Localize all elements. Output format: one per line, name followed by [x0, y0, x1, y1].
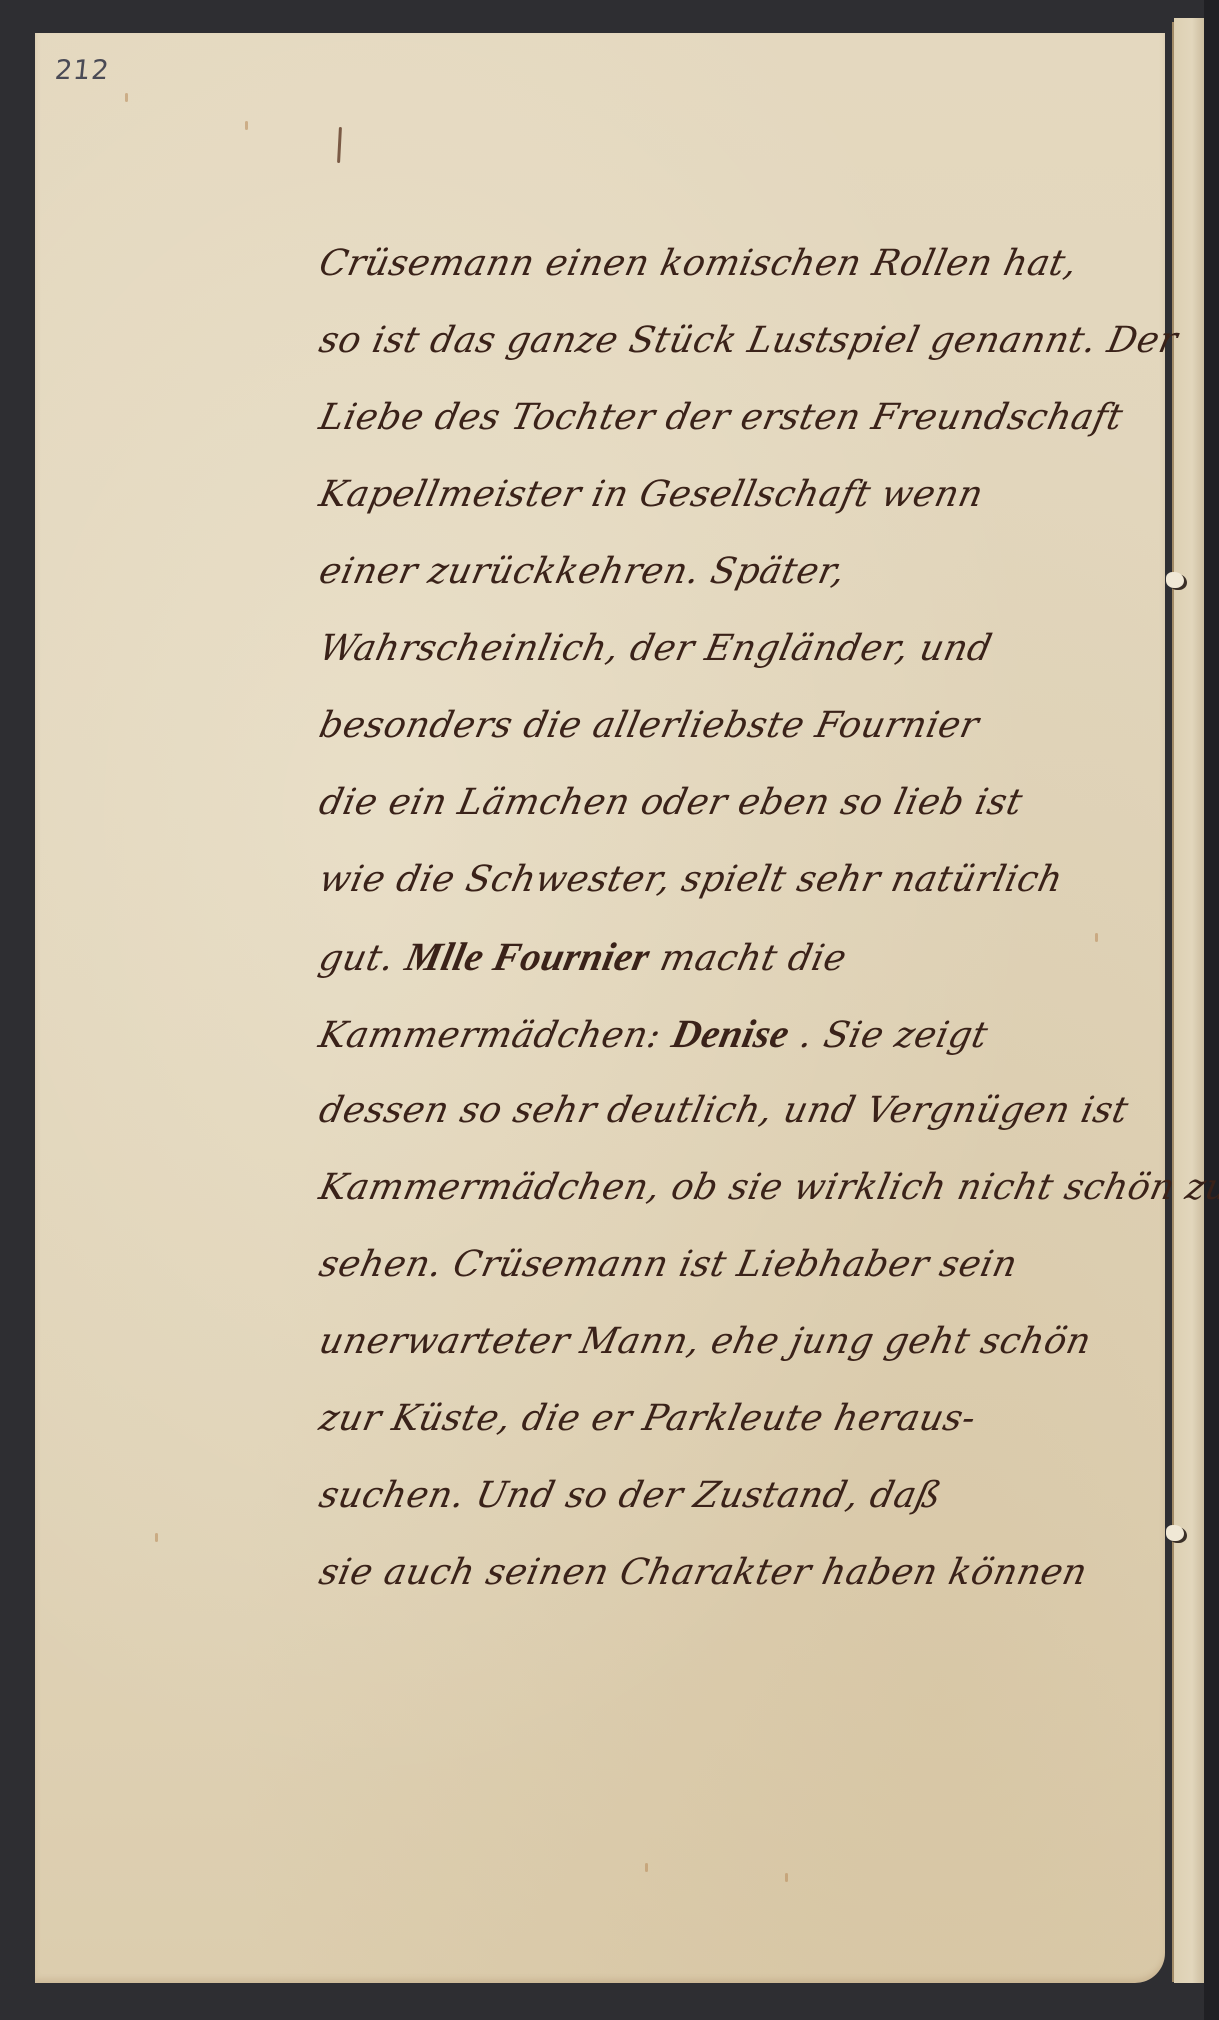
manuscript-scan: 212 Crüsemann einen komischen Rollen hat… — [0, 0, 1219, 2020]
text-fragment: . Sie zeigt — [796, 1015, 991, 1056]
text-line: Kammermädchen: Denise . Sie zeigt — [312, 995, 1148, 1072]
paper-speck — [155, 1533, 158, 1542]
text-line: sehen. Crüsemann ist Liebhaber sein — [312, 1226, 1148, 1303]
paper-speck — [645, 1863, 648, 1872]
text-line: einer zurückkehren. Später, — [312, 533, 1148, 610]
text-line: sie auch seinen Charakter haben können — [312, 1534, 1148, 1611]
text-line: Wahrscheinlich, der Engländer, und — [312, 610, 1148, 687]
folio-number: 212 — [53, 55, 111, 86]
text-line: Kapellmeister in Gesellschaft wenn — [312, 456, 1148, 533]
text-fragment: macht die — [656, 938, 850, 979]
text-line: Crüsemann einen komischen Rollen hat, — [312, 225, 1148, 302]
text-line: suchen. Und so der Zustand, daß — [312, 1457, 1148, 1534]
text-line: besonders die allerliebste Fournier — [312, 687, 1148, 764]
binding-hole — [1166, 1525, 1184, 1541]
handwritten-text: Crüsemann einen komischen Rollen hat, so… — [320, 225, 1140, 1611]
text-line: Kammermädchen, ob sie wirklich nicht sch… — [312, 1149, 1148, 1226]
binding-hole — [1166, 572, 1184, 588]
name-mlle-fournier: Mlle Fournier — [401, 934, 654, 979]
text-line: wie die Schwester, spielt sehr natürlich — [312, 841, 1148, 918]
text-fragment: Kammermädchen: — [315, 1015, 664, 1056]
page-fold-line — [1172, 22, 1174, 1982]
paper-speck — [785, 1873, 788, 1882]
text-line: zur Küste, die er Parkleute heraus- — [312, 1380, 1148, 1457]
text-line: unerwarteter Mann, ehe jung geht schön — [312, 1303, 1148, 1380]
page-edges — [1174, 18, 1204, 1983]
paper-speck — [125, 93, 128, 102]
text-line: gut. Mlle Fournier macht die — [312, 918, 1148, 995]
text-line: dessen so sehr deutlich, und Vergnügen i… — [312, 1072, 1148, 1149]
text-line: die ein Lämchen oder eben so lieb ist — [312, 764, 1148, 841]
book-spine-shadow — [1204, 0, 1219, 2020]
text-fragment: gut. — [315, 938, 398, 979]
paper-speck — [245, 121, 248, 130]
name-denise: Denise — [668, 1011, 794, 1056]
text-line: Liebe des Tochter der ersten Freundschaf… — [312, 379, 1148, 456]
text-line: so ist das ganze Stück Lustspiel genannt… — [312, 302, 1148, 379]
